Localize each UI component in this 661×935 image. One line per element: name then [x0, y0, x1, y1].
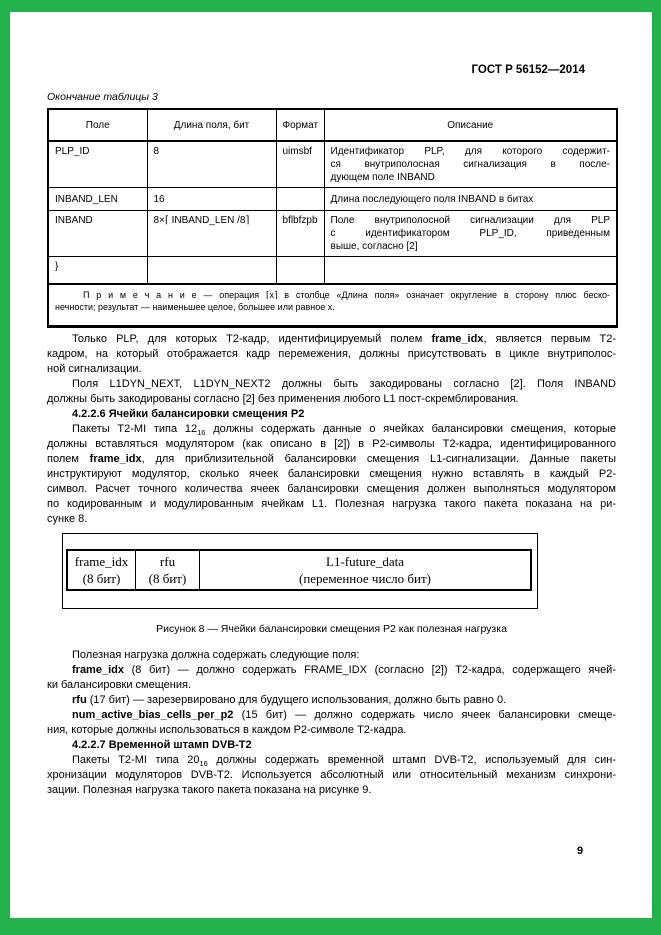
figure-8-field-table: frame_idx (8 бит) rfu (8 бит) L1-future_… — [66, 549, 532, 591]
table-header-row: Поле Длина поля, бит Формат Описание — [48, 109, 617, 141]
paragraph-l1dyn: Поля L1DYN_NEXT, L1DYN_NEXT2 должны быть… — [47, 377, 616, 407]
cell-field: PLP_ID — [48, 141, 147, 188]
cell-length: 8 — [147, 141, 276, 188]
page-number: 9 — [571, 845, 589, 857]
doc-code-header: ГОСТ Р 56152—2014 — [47, 62, 616, 78]
figure-cell-size: (переменное число бит) — [200, 570, 530, 587]
paragraph-t2mi-type20: Пакеты Т2-MI типа 2016 должны содержать … — [47, 753, 616, 798]
paragraph-t2mi-type12: Пакеты Т2-MI типа 1216 должны содержать … — [47, 422, 616, 527]
table-row-inband: INBAND 8×⌈ INBAND_LEN /8⌉ bflbfzpb Поле … — [48, 211, 617, 257]
cell-description: Длина последующего поля INBAND в битах — [324, 188, 617, 211]
col-header-format: Формат — [276, 109, 324, 141]
paragraph-rfu-field: rfu (17 бит) — зарезервировано для будущ… — [47, 693, 616, 708]
cell-length: 16 — [147, 188, 276, 211]
cell-format — [276, 188, 324, 211]
table-row-closing-brace: } — [48, 257, 617, 284]
table-3-fields: Поле Длина поля, бит Формат Описание PLP… — [47, 108, 618, 328]
table-note-row: П р и м е ч а н и е — операция ⌈x⌉ в сто… — [48, 284, 617, 327]
cell-description: Идентификатор PLP, для которого содержит… — [324, 141, 617, 188]
paragraph-num-active-bias: num_active_bias_cells_per_p2 (15 бит) — … — [47, 708, 616, 738]
cell-format: bflbfzpb — [276, 211, 324, 257]
table-row-plp-id: PLP_ID 8 uimsbf Идентификатор PLP, для к… — [48, 141, 617, 188]
paragraph-frame-idx-field: frame_idx (8 бит) — должно содержать FRA… — [47, 663, 616, 693]
paragraph-payload-fields: Полезная нагрузка должна содержать следу… — [47, 648, 616, 663]
cell-format: uimsbf — [276, 141, 324, 188]
cell-length — [147, 257, 276, 284]
section-heading-4-2-2-6: 4.2.2.6 Ячейки балансировки смещения Р2 — [47, 407, 616, 422]
body-text: Только PLP, для которых Т2-кадр, идентиф… — [47, 332, 616, 798]
cell-format — [276, 257, 324, 284]
section-heading-4-2-2-7: 4.2.2.7 Временной штамп DVB-T2 — [47, 738, 616, 753]
cell-field: INBAND_LEN — [48, 188, 147, 211]
figure-cell-frame-idx: frame_idx (8 бит) — [68, 551, 136, 589]
figure-cell-title: L1-future_data — [200, 553, 530, 570]
figure-8-caption: Рисунок 8 — Ячейки балансировки смещения… — [47, 623, 616, 636]
table-row-inband-len: INBAND_LEN 16 Длина последующего поля IN… — [48, 188, 617, 211]
paragraph-only-plp: Только PLP, для которых Т2-кадр, идентиф… — [47, 332, 616, 377]
page-content: ГОСТ Р 56152—2014 Окончание таблицы 3 По… — [47, 0, 616, 798]
col-header-description: Описание — [324, 109, 617, 141]
figure-cell-l1-future-data: L1-future_data (переменное число бит) — [200, 551, 530, 589]
col-header-length: Длина поля, бит — [147, 109, 276, 141]
cell-description — [324, 257, 617, 284]
cell-description: Поле внутриполосной сигнализации для PLP… — [324, 211, 617, 257]
figure-cell-size: (8 бит) — [136, 570, 199, 587]
figure-cell-size: (8 бит) — [68, 570, 135, 587]
figure-cell-title: frame_idx — [68, 553, 135, 570]
col-header-field: Поле — [48, 109, 147, 141]
figure-cell-rfu: rfu (8 бит) — [136, 551, 200, 589]
table-continuation-caption: Окончание таблицы 3 — [47, 91, 616, 103]
figure-cell-title: rfu — [136, 553, 199, 570]
cell-length: 8×⌈ INBAND_LEN /8⌉ — [147, 211, 276, 257]
cell-field: INBAND — [48, 211, 147, 257]
figure-8-payload-diagram: frame_idx (8 бит) rfu (8 бит) L1-future_… — [62, 533, 538, 609]
table-note: П р и м е ч а н и е — операция ⌈x⌉ в сто… — [48, 284, 617, 327]
cell-field: } — [48, 257, 147, 284]
